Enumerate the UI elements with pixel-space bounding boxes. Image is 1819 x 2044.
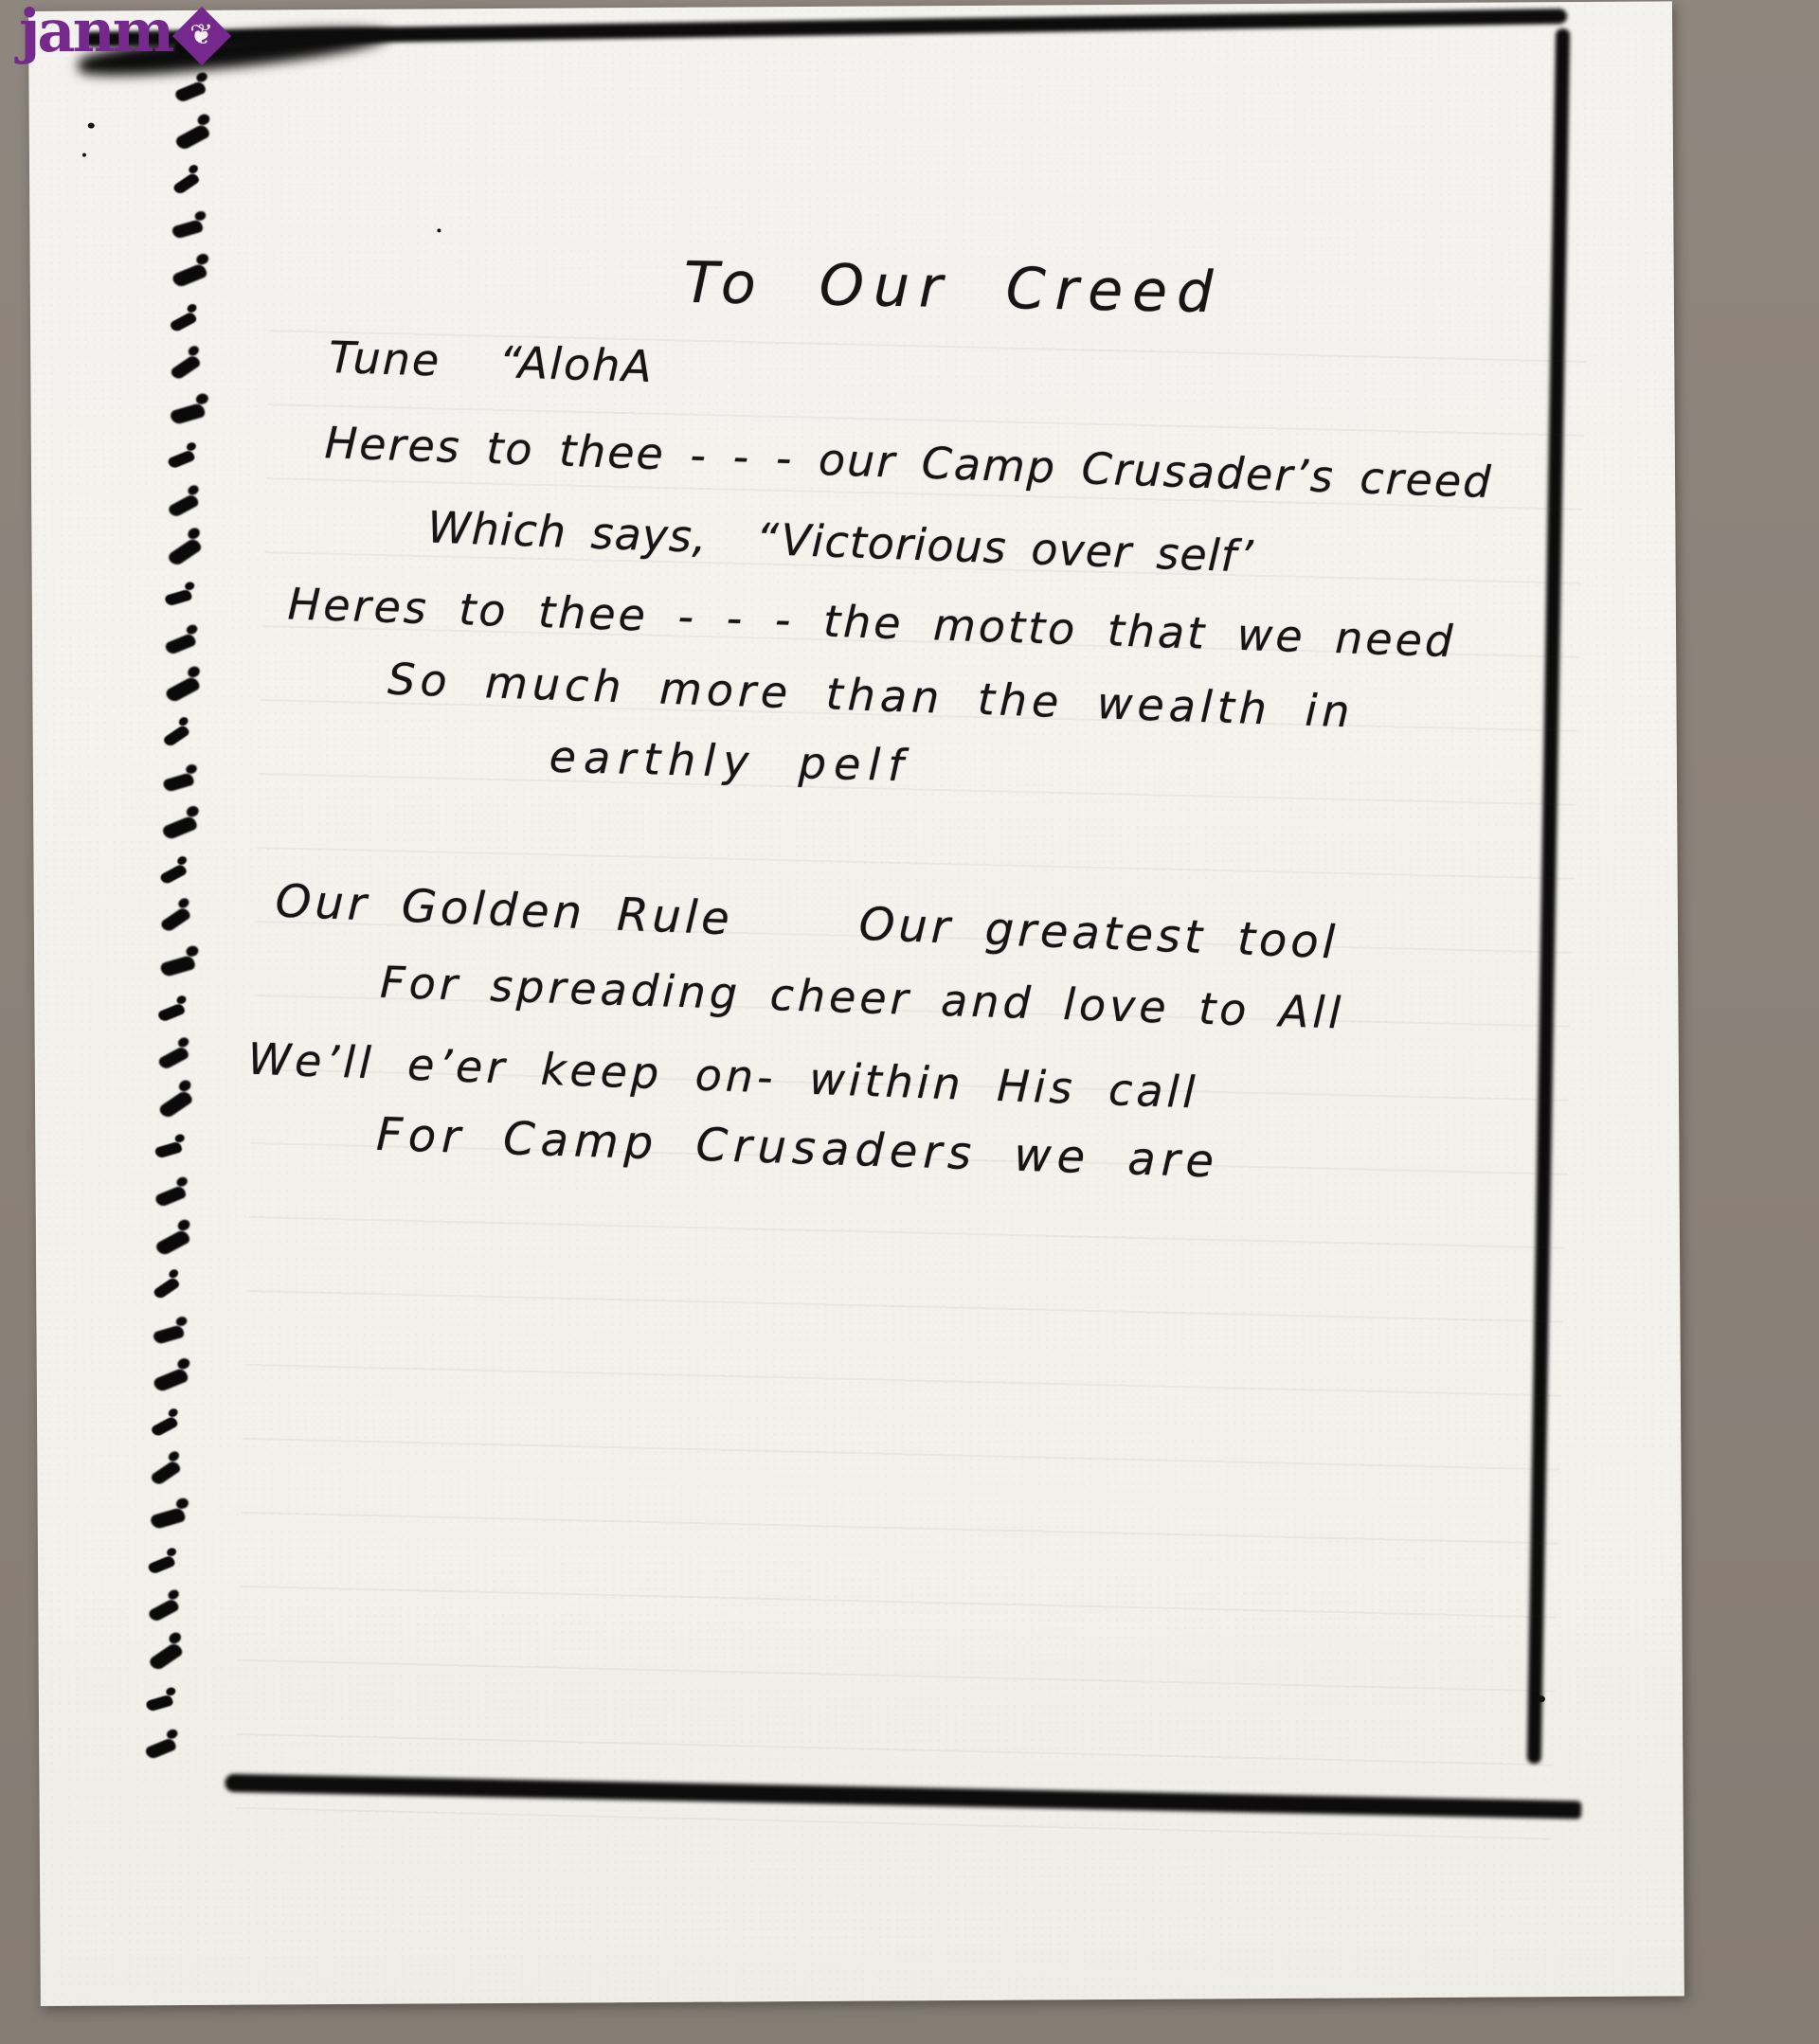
spiral-hole-mark bbox=[147, 1598, 180, 1623]
janm-watermark: janm ❦ bbox=[19, 2, 223, 61]
spiral-hole-mark bbox=[153, 1324, 186, 1345]
spiral-hole-mark bbox=[174, 123, 211, 152]
spiral-hole-mark bbox=[173, 80, 207, 103]
scanned-page: To Our Creed Tune “AlohA Heres to thee -… bbox=[0, 0, 1819, 2044]
handwritten-line: Which says, “Victorious over self’ bbox=[426, 501, 1254, 582]
spiral-hole-mark bbox=[145, 1737, 178, 1761]
spiral-hole-mark bbox=[169, 402, 206, 425]
spiral-hole-mark bbox=[170, 354, 202, 382]
spiral-hole-mark bbox=[150, 1507, 187, 1531]
janm-logo-text: janm bbox=[19, 2, 171, 61]
spiral-hole-mark bbox=[159, 955, 196, 978]
spiral-hole-mark bbox=[150, 1459, 182, 1486]
spiral-hole-mark bbox=[153, 1276, 181, 1300]
spiral-hole-mark bbox=[164, 589, 192, 607]
spiral-hole-mark bbox=[164, 675, 201, 705]
toner-speck bbox=[88, 123, 95, 129]
spiral-hole-mark bbox=[159, 863, 188, 886]
spiral-hole-mark bbox=[171, 262, 208, 289]
spiral-hole-mark bbox=[162, 815, 199, 841]
paper-sheet: To Our Creed Tune “AlohA Heres to thee -… bbox=[28, 1, 1684, 2006]
spiral-hole-mark bbox=[171, 171, 200, 196]
spiral-hole-mark bbox=[148, 1641, 184, 1673]
handwritten-line-tune: Tune “AlohA bbox=[328, 332, 654, 392]
spiral-hole-mark bbox=[152, 1368, 189, 1394]
handwritten-line: For Camp Crusaders we are bbox=[375, 1108, 1220, 1189]
handwritten-line: For spreading cheer and love to All bbox=[379, 957, 1345, 1039]
spiral-hole-mark bbox=[159, 906, 191, 934]
spiral-hole-mark bbox=[162, 772, 195, 793]
spiral-hole-mark bbox=[171, 219, 205, 240]
toner-speck bbox=[82, 153, 86, 157]
spiral-hole-mark bbox=[157, 1088, 193, 1120]
photocopy-right-edge bbox=[1527, 28, 1570, 1764]
handwritten-line: Our Golden Rule Our greatest tool bbox=[275, 874, 1340, 969]
handwritten-line: Heres to thee - - - the motto that we ne… bbox=[287, 578, 1456, 667]
spiral-hole-mark bbox=[154, 1185, 188, 1209]
spiral-hole-mark bbox=[154, 1228, 191, 1257]
janm-crest-icon: ❦ bbox=[172, 7, 231, 65]
spiral-hole-mark bbox=[147, 1554, 175, 1575]
handwritten-line: Heres to thee - - - our Camp Crusader’s … bbox=[324, 417, 1493, 508]
spiral-hole-mark bbox=[150, 1415, 178, 1438]
handwritten-title: To Our Creed bbox=[683, 250, 1223, 326]
spiral-binding bbox=[28, 9, 286, 1811]
toner-speck bbox=[437, 228, 441, 232]
spiral-hole-mark bbox=[167, 536, 203, 567]
handwritten-line: earthly pelf bbox=[549, 731, 911, 792]
spiral-hole-mark bbox=[157, 1046, 190, 1071]
spiral-hole-mark bbox=[167, 450, 195, 471]
spiral-hole-mark bbox=[145, 1694, 173, 1712]
spiral-hole-mark bbox=[157, 1002, 186, 1023]
handwritten-line: So much more than the wealth in bbox=[387, 654, 1355, 738]
handwritten-line: We’ll e’er keep on- within His call bbox=[247, 1033, 1199, 1119]
photocopy-bottom-edge bbox=[225, 1774, 1581, 1820]
spiral-hole-mark bbox=[154, 1141, 183, 1159]
toner-speck bbox=[1538, 1695, 1545, 1702]
spiral-hole-mark bbox=[167, 493, 200, 518]
spiral-hole-mark bbox=[162, 724, 190, 748]
spiral-hole-mark bbox=[169, 311, 197, 333]
spiral-hole-mark bbox=[164, 632, 197, 655]
